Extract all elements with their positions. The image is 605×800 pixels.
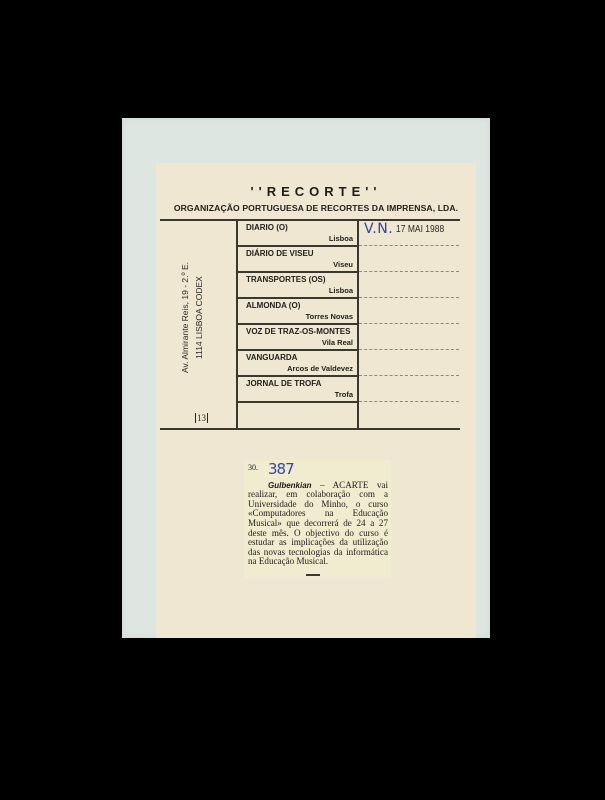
publication-city: Lisboa (329, 286, 353, 295)
clipping-text: 30. Gulbenkian – ACARTE vai realizar, em… (248, 463, 388, 567)
date-field-rule (359, 401, 459, 402)
publication-row: DIÁRIO DE VISEU Viseu (237, 246, 357, 272)
address-city: 1114 LISBOA CODEX (192, 262, 206, 373)
publication-row: DIARIO (O) Lisboa (237, 220, 357, 246)
date-stamp: 17 MAI 1988 (396, 224, 444, 235)
address-street: Av. Almirante Reis, 19 - 2.º E. (178, 262, 192, 373)
handwritten-initials: V.N. (364, 221, 393, 237)
publication-row: ALMONDA (O) Torres Novas (237, 298, 357, 324)
company-address: Av. Almirante Reis, 19 - 2.º E. 1114 LIS… (178, 262, 206, 373)
publication-name: ALMONDA (O) (246, 301, 300, 310)
publication-city: Vila Real (322, 338, 353, 347)
press-clipping-card: ''RECORTE'' ORGANIZAÇÃO PORTUGUESA DE RE… (156, 163, 476, 638)
publication-row: TRANSPORTES (OS) Lisboa (237, 272, 357, 298)
publication-name: DIARIO (O) (246, 223, 288, 232)
publication-name: VANGUARDA (246, 353, 297, 362)
box-number: 13 (195, 413, 208, 423)
publication-name: JORNAL DE TROFA (246, 379, 321, 388)
table-bottom-rule (160, 428, 460, 430)
date-field-rule (359, 245, 459, 246)
publication-name: DIÁRIO DE VISEU (246, 249, 314, 258)
newspaper-clipping: 387 30. Gulbenkian – ACARTE vai realizar… (244, 460, 391, 578)
publication-city: Trofa (335, 390, 353, 399)
company-subtitle: ORGANIZAÇÃO PORTUGUESA DE RECORTES DA IM… (156, 203, 476, 213)
brand-title: ''RECORTE'' (156, 184, 476, 199)
date-field-rule (359, 349, 459, 350)
date-field-rule (359, 297, 459, 298)
publication-row: JORNAL DE TROFA Trofa (237, 376, 357, 402)
date-field-rule (359, 375, 459, 376)
date-field-rule (359, 271, 459, 272)
publication-city: Viseu (333, 260, 353, 269)
publication-city: Lisboa (329, 234, 353, 243)
clipping-item-number: 30. (248, 463, 258, 472)
clipping-end-mark (306, 574, 320, 576)
publication-row: VOZ DE TRAZ-OS-MONTES Vila Real (237, 324, 357, 350)
clipping-body: ACARTE vai realizar, em colaboração com … (248, 480, 388, 567)
publication-city: Torres Novas (306, 312, 353, 321)
publication-city: Arcos de Valdevez (287, 364, 353, 373)
publication-row: VANGUARDA Arcos de Valdevez (237, 350, 357, 376)
publication-name: VOZ DE TRAZ-OS-MONTES (246, 327, 350, 336)
publication-name: TRANSPORTES (OS) (246, 275, 326, 284)
column-divider-2 (357, 219, 359, 429)
date-field-rule (359, 323, 459, 324)
clipping-dash: – (312, 480, 333, 490)
